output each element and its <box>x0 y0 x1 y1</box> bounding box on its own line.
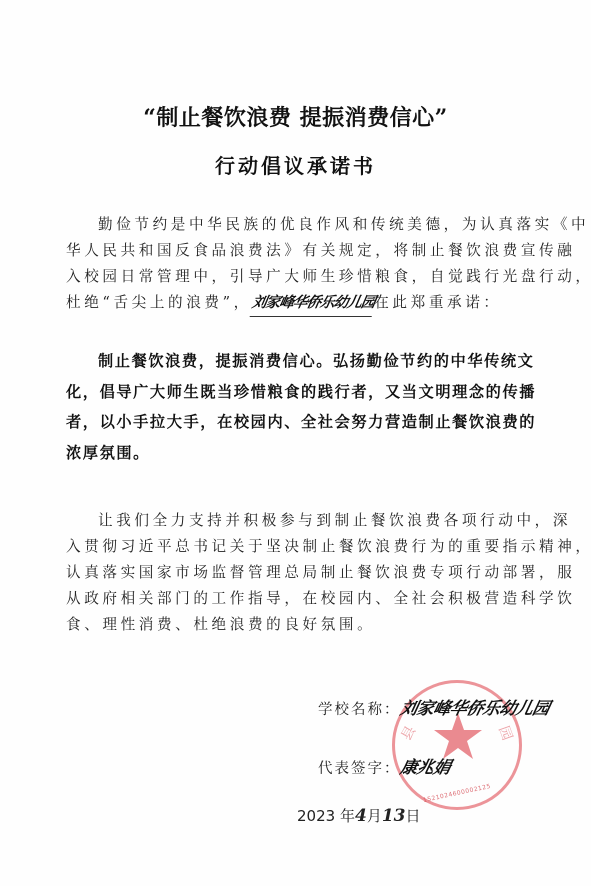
handwritten-school-name: 刘家峰华侨乐幼儿园 <box>249 290 376 317</box>
line-suffix: 在此郑重承诺： <box>374 294 501 311</box>
date-day-unit: 日 <box>406 807 421 825</box>
seal-text-right: 园 <box>494 723 518 743</box>
date-month-unit: 月 <box>367 807 382 825</box>
date-year-unit: 年 <box>340 807 355 825</box>
paragraph-line: 从政府相关部门的工作指导，在校园内、全社会积极营造科学饮 <box>66 586 514 612</box>
signing-date: 2023 年4月13日 <box>297 805 421 826</box>
date-year: 2023 <box>297 807 335 825</box>
handwritten-school-signature: 刘家峰华侨乐幼儿园 <box>398 694 552 719</box>
date-day-handwritten: 13 <box>382 806 406 826</box>
paragraph-line: 让我们全力支持并积极参与到制止餐饮浪费各项行动中，深 <box>66 508 514 534</box>
paragraph-line: 化，倡导广大师生既当珍惜粮食的践行者，又当文明理念的传播 <box>66 377 514 408</box>
paragraph-line: 入贯彻习近平总书记关于坚决制止餐饮浪费行为的重要指示精神， <box>66 534 514 560</box>
paragraph-line: 制止餐饮浪费，提振消费信心。弘扬勤俭节约的中华传统文 <box>66 346 514 377</box>
paragraph-appeal: 让我们全力支持并积极参与到制止餐饮浪费各项行动中，深 入贯彻习近平总书记关于坚决… <box>66 508 514 638</box>
seal-text-left: 县 <box>396 722 420 744</box>
document-subtitle: 行动倡议承诺书 <box>0 150 591 179</box>
line-prefix: 杜绝“舌尖上的浪费”， <box>66 294 252 311</box>
paragraph-line: 者，以小手拉大手，在校园内、全社会努力营造制止餐饮浪费的 <box>66 407 514 438</box>
paragraph-line: 食、理性消费、杜绝浪费的良好氛围。 <box>66 612 514 638</box>
seal-serial-number: 1521024600002125 <box>417 782 497 805</box>
paragraph-line: 华人民共和国反食品浪费法》有关规定，将制止餐饮浪费宣传融 <box>66 238 514 264</box>
school-name-label: 学校名称： <box>318 702 401 718</box>
date-month-handwritten: 4 <box>355 806 367 826</box>
document-title: “制止餐饮浪费 提振消费信心” <box>0 101 591 132</box>
paragraph-commitment: 制止餐饮浪费，提振消费信心。弘扬勤俭节约的中华传统文 化，倡导广大师生既当珍惜粮… <box>66 346 514 468</box>
paragraph-line: 浓厚氛围。 <box>66 438 514 469</box>
paragraph-line: 认真落实国家市场监督管理总局制止餐饮浪费专项行动部署，服 <box>66 560 514 586</box>
paragraph-line: 杜绝“舌尖上的浪费”，刘家峰华侨乐幼儿园在此郑重承诺： <box>66 290 514 317</box>
representative-label: 代表签字： <box>318 761 401 777</box>
handwritten-representative-signature: 康兆娟 <box>398 753 453 778</box>
paragraph-line: 勤俭节约是中华民族的优良作风和传统美德，为认真落实《中 <box>66 212 514 238</box>
representative-row: 代表签字：康兆娟 <box>318 753 450 778</box>
school-name-row: 学校名称：刘家峰华侨乐幼儿园 <box>318 694 549 719</box>
paragraph-intro: 勤俭节约是中华民族的优良作风和传统美德，为认真落实《中 华人民共和国反食品浪费法… <box>66 212 514 317</box>
document-page: “制止餐饮浪费 提振消费信心” 行动倡议承诺书 勤俭节约是中华民族的优良作风和传… <box>0 0 591 886</box>
paragraph-line: 入校园日常管理中，引导广大师生珍惜粮食，自觉践行光盘行动， <box>66 264 514 290</box>
